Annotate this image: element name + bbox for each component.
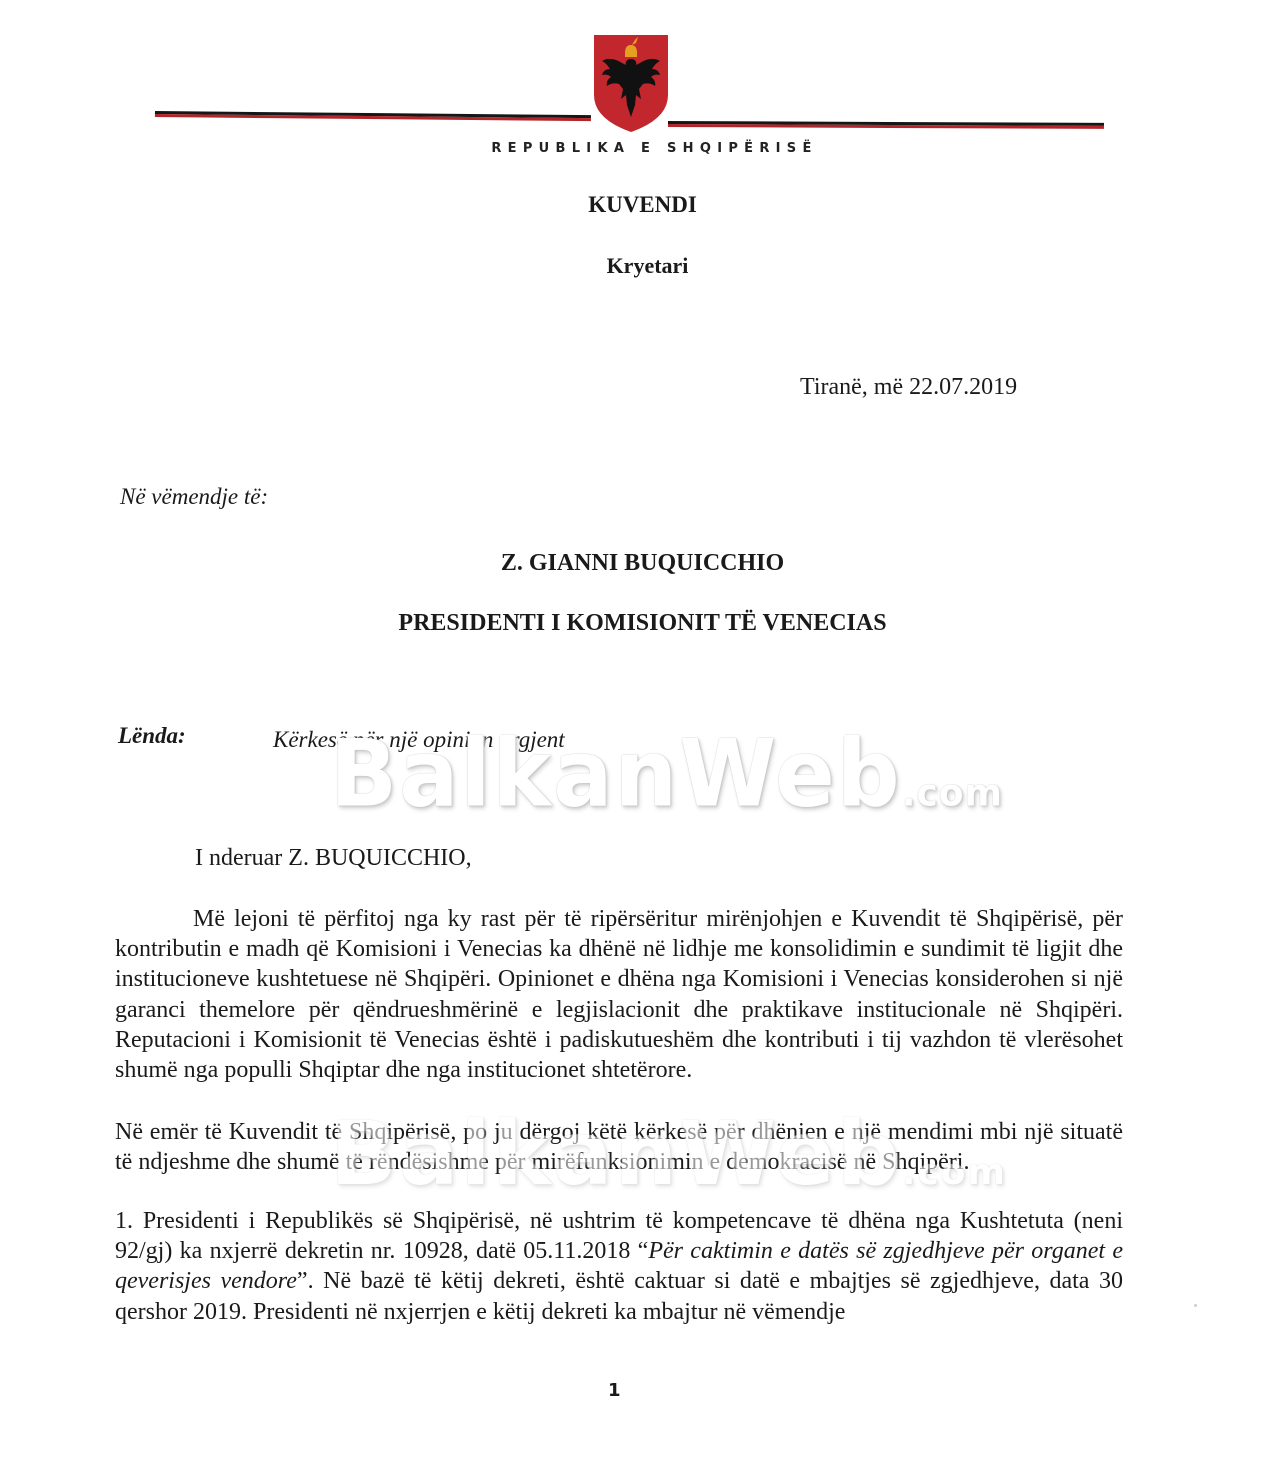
subject-label: Lënda: bbox=[118, 723, 186, 749]
office-title: Kryetari bbox=[0, 253, 1285, 279]
letterhead-rule-left bbox=[155, 111, 591, 121]
recipient-title: PRESIDENTI I KOMISIONIT TË VENECIAS bbox=[0, 610, 1285, 637]
scan-speck bbox=[1194, 1304, 1197, 1307]
albanian-coat-of-arms-icon bbox=[592, 33, 670, 133]
salutation: I nderuar Z. BUQUICCHIO, bbox=[195, 845, 472, 872]
body-paragraph-3: 1. Presidenti i Republikës së Shqipërisë… bbox=[115, 1206, 1123, 1327]
letterhead-rule-right bbox=[668, 121, 1104, 129]
country-name: REPUBLIKA E SHQIPËRISË bbox=[0, 141, 1285, 156]
recipient-name: Z. GIANNI BUQUICCHIO bbox=[0, 550, 1285, 577]
institution-name: KUVENDI bbox=[0, 192, 1285, 218]
date-line: Tiranë, më 22.07.2019 bbox=[800, 374, 1017, 401]
body-paragraph-1: Më lejoni të përfitoj nga ky rast për të… bbox=[115, 904, 1123, 1085]
body-paragraph-2: Në emër të Kuvendit të Shqipërisë, po ju… bbox=[115, 1117, 1123, 1177]
attention-line: Në vëmendje të: bbox=[120, 484, 268, 510]
page-number: 1 bbox=[608, 1380, 621, 1401]
subject-text: Kërkesë për një opinion urgjent bbox=[273, 727, 565, 753]
